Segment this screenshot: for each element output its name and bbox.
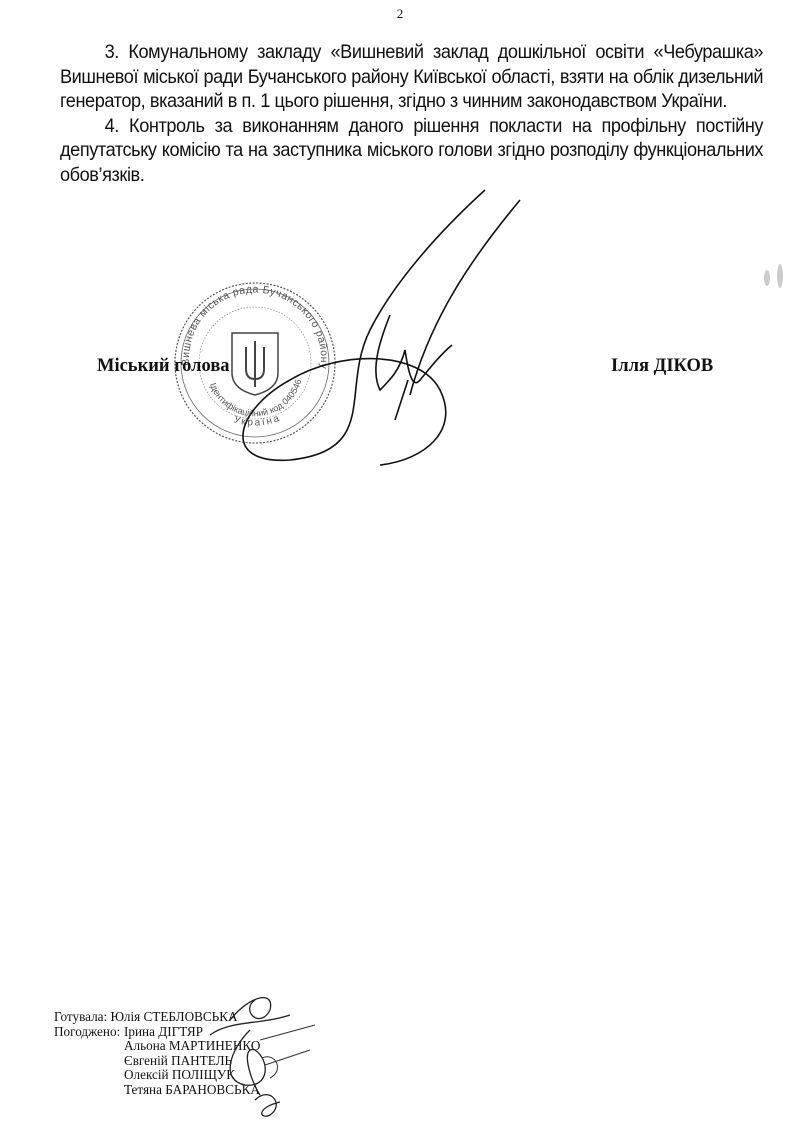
paragraph-4: 4. Контроль за виконанням даного рішення… (60, 114, 763, 188)
signature-block: Міський голова Ілля ДІКОВ (0, 356, 800, 380)
document-body: 3. Комунальному закладу «Вишневий заклад… (60, 40, 763, 188)
approver-name: Тетяна БАРАНОВСЬКА (124, 1083, 260, 1098)
approved-by-row: Погоджено: Ірина ДІГТЯР Альона МАРТИНЕНК… (54, 1025, 260, 1098)
approved-by-list: Ірина ДІГТЯР Альона МАРТИНЕНКО Євгеній П… (124, 1025, 260, 1098)
scan-smudge (758, 262, 798, 302)
page-number: 2 (0, 6, 800, 22)
prepared-label: Готувала: (54, 1010, 107, 1025)
approved-label: Погоджено: (54, 1025, 124, 1098)
approval-footer: Готувала: Юлія СТЕБЛОВСЬКА Погоджено: Ір… (54, 1010, 260, 1098)
prepared-by-row: Готувала: Юлія СТЕБЛОВСЬКА (54, 1010, 260, 1025)
approver-name: Євгеній ПАНТЕЛЬ (124, 1054, 260, 1069)
paragraph-3: 3. Комунальному закладу «Вишневий заклад… (60, 40, 763, 114)
approver-name: Олексій ПОЛІЩУК (124, 1068, 260, 1083)
signatory-name: Ілля ДІКОВ (611, 356, 713, 377)
approver-name: Альона МАРТИНЕНКО (124, 1039, 260, 1054)
approver-name: Ірина ДІГТЯР (124, 1025, 260, 1040)
signatory-title: Міський голова (97, 356, 230, 377)
prepared-by-name: Юлія СТЕБЛОВСЬКА (110, 1010, 237, 1025)
